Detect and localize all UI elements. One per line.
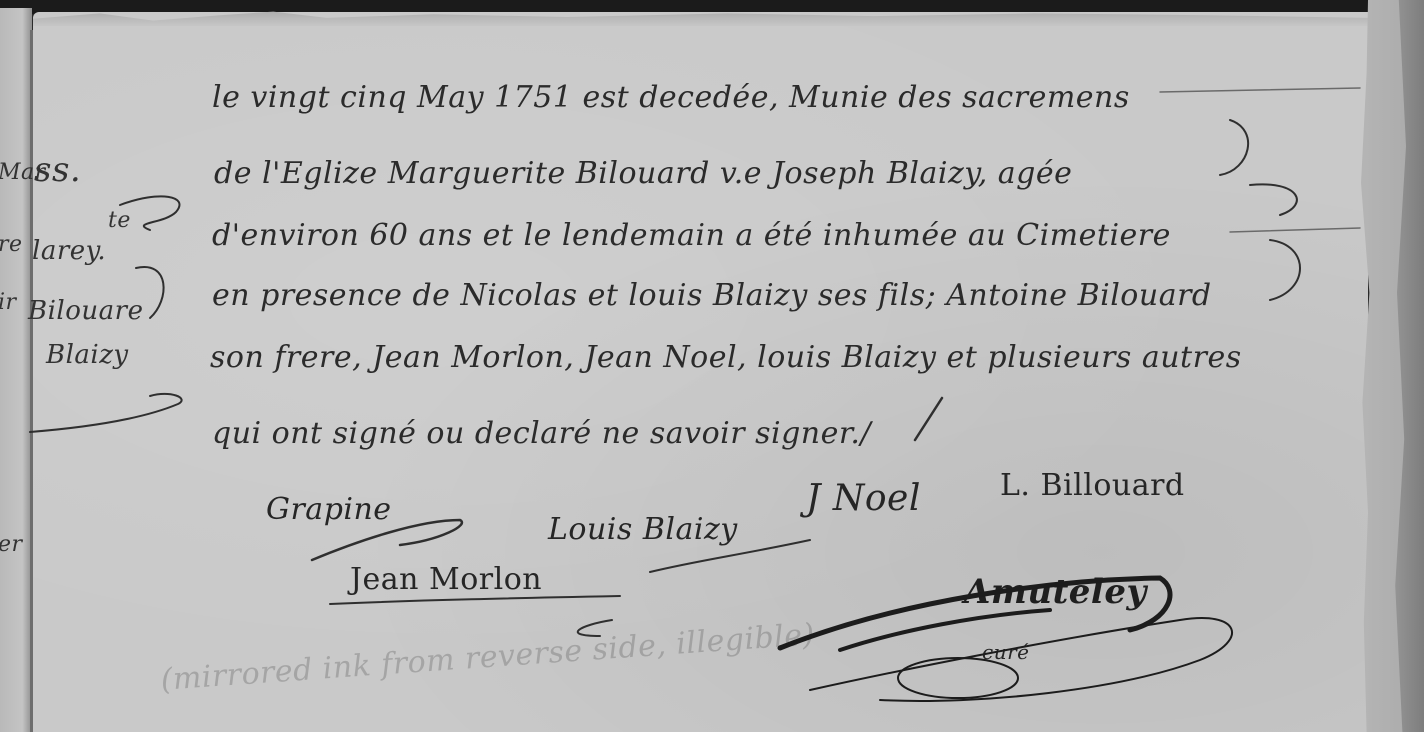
signature-grapine: Grapine [266, 492, 392, 527]
margin-heading-line: Blaizy [46, 340, 129, 370]
signature-louis-blaizy: Louis Blaizy [548, 512, 738, 547]
entry-line-2: de l'Eglize Marguerite Bilouard v.e Jose… [214, 156, 1072, 191]
signature-billouard: L. Billouard [1000, 468, 1185, 503]
signature-cure-title: curé [982, 640, 1029, 664]
left-page-fragment: re [0, 232, 23, 257]
margin-heading-line: larey. [32, 236, 106, 266]
left-page-fragment: er [0, 532, 23, 557]
left-page-fragment: ir [0, 290, 17, 315]
binding-spine-line [30, 30, 33, 732]
signature-jean-morlon: Jean Morlon [350, 562, 542, 597]
signature-cure: Amuteley [964, 572, 1147, 612]
entry-line-1: le vingt cinq May 1751 est decedée, Muni… [212, 80, 1130, 115]
entry-line-4: en presence de Nicolas et louis Blaizy s… [212, 278, 1212, 313]
margin-heading-line: ss. [34, 150, 81, 190]
entry-line-3: d'environ 60 ans et le lendemain a été i… [212, 218, 1171, 253]
entry-line-5: son frere, Jean Morlon, Jean Noel, louis… [210, 340, 1242, 375]
entry-line-6: qui ont signé ou declaré ne savoir signe… [212, 416, 871, 451]
margin-heading-line: Bilouare [28, 296, 143, 326]
register-scan: (mirrored ink from reverse side, illegib… [0, 0, 1424, 732]
signature-jean-noel: J Noel [806, 478, 921, 519]
adjacent-left-page [0, 8, 32, 732]
margin-heading-line: te [108, 208, 131, 233]
